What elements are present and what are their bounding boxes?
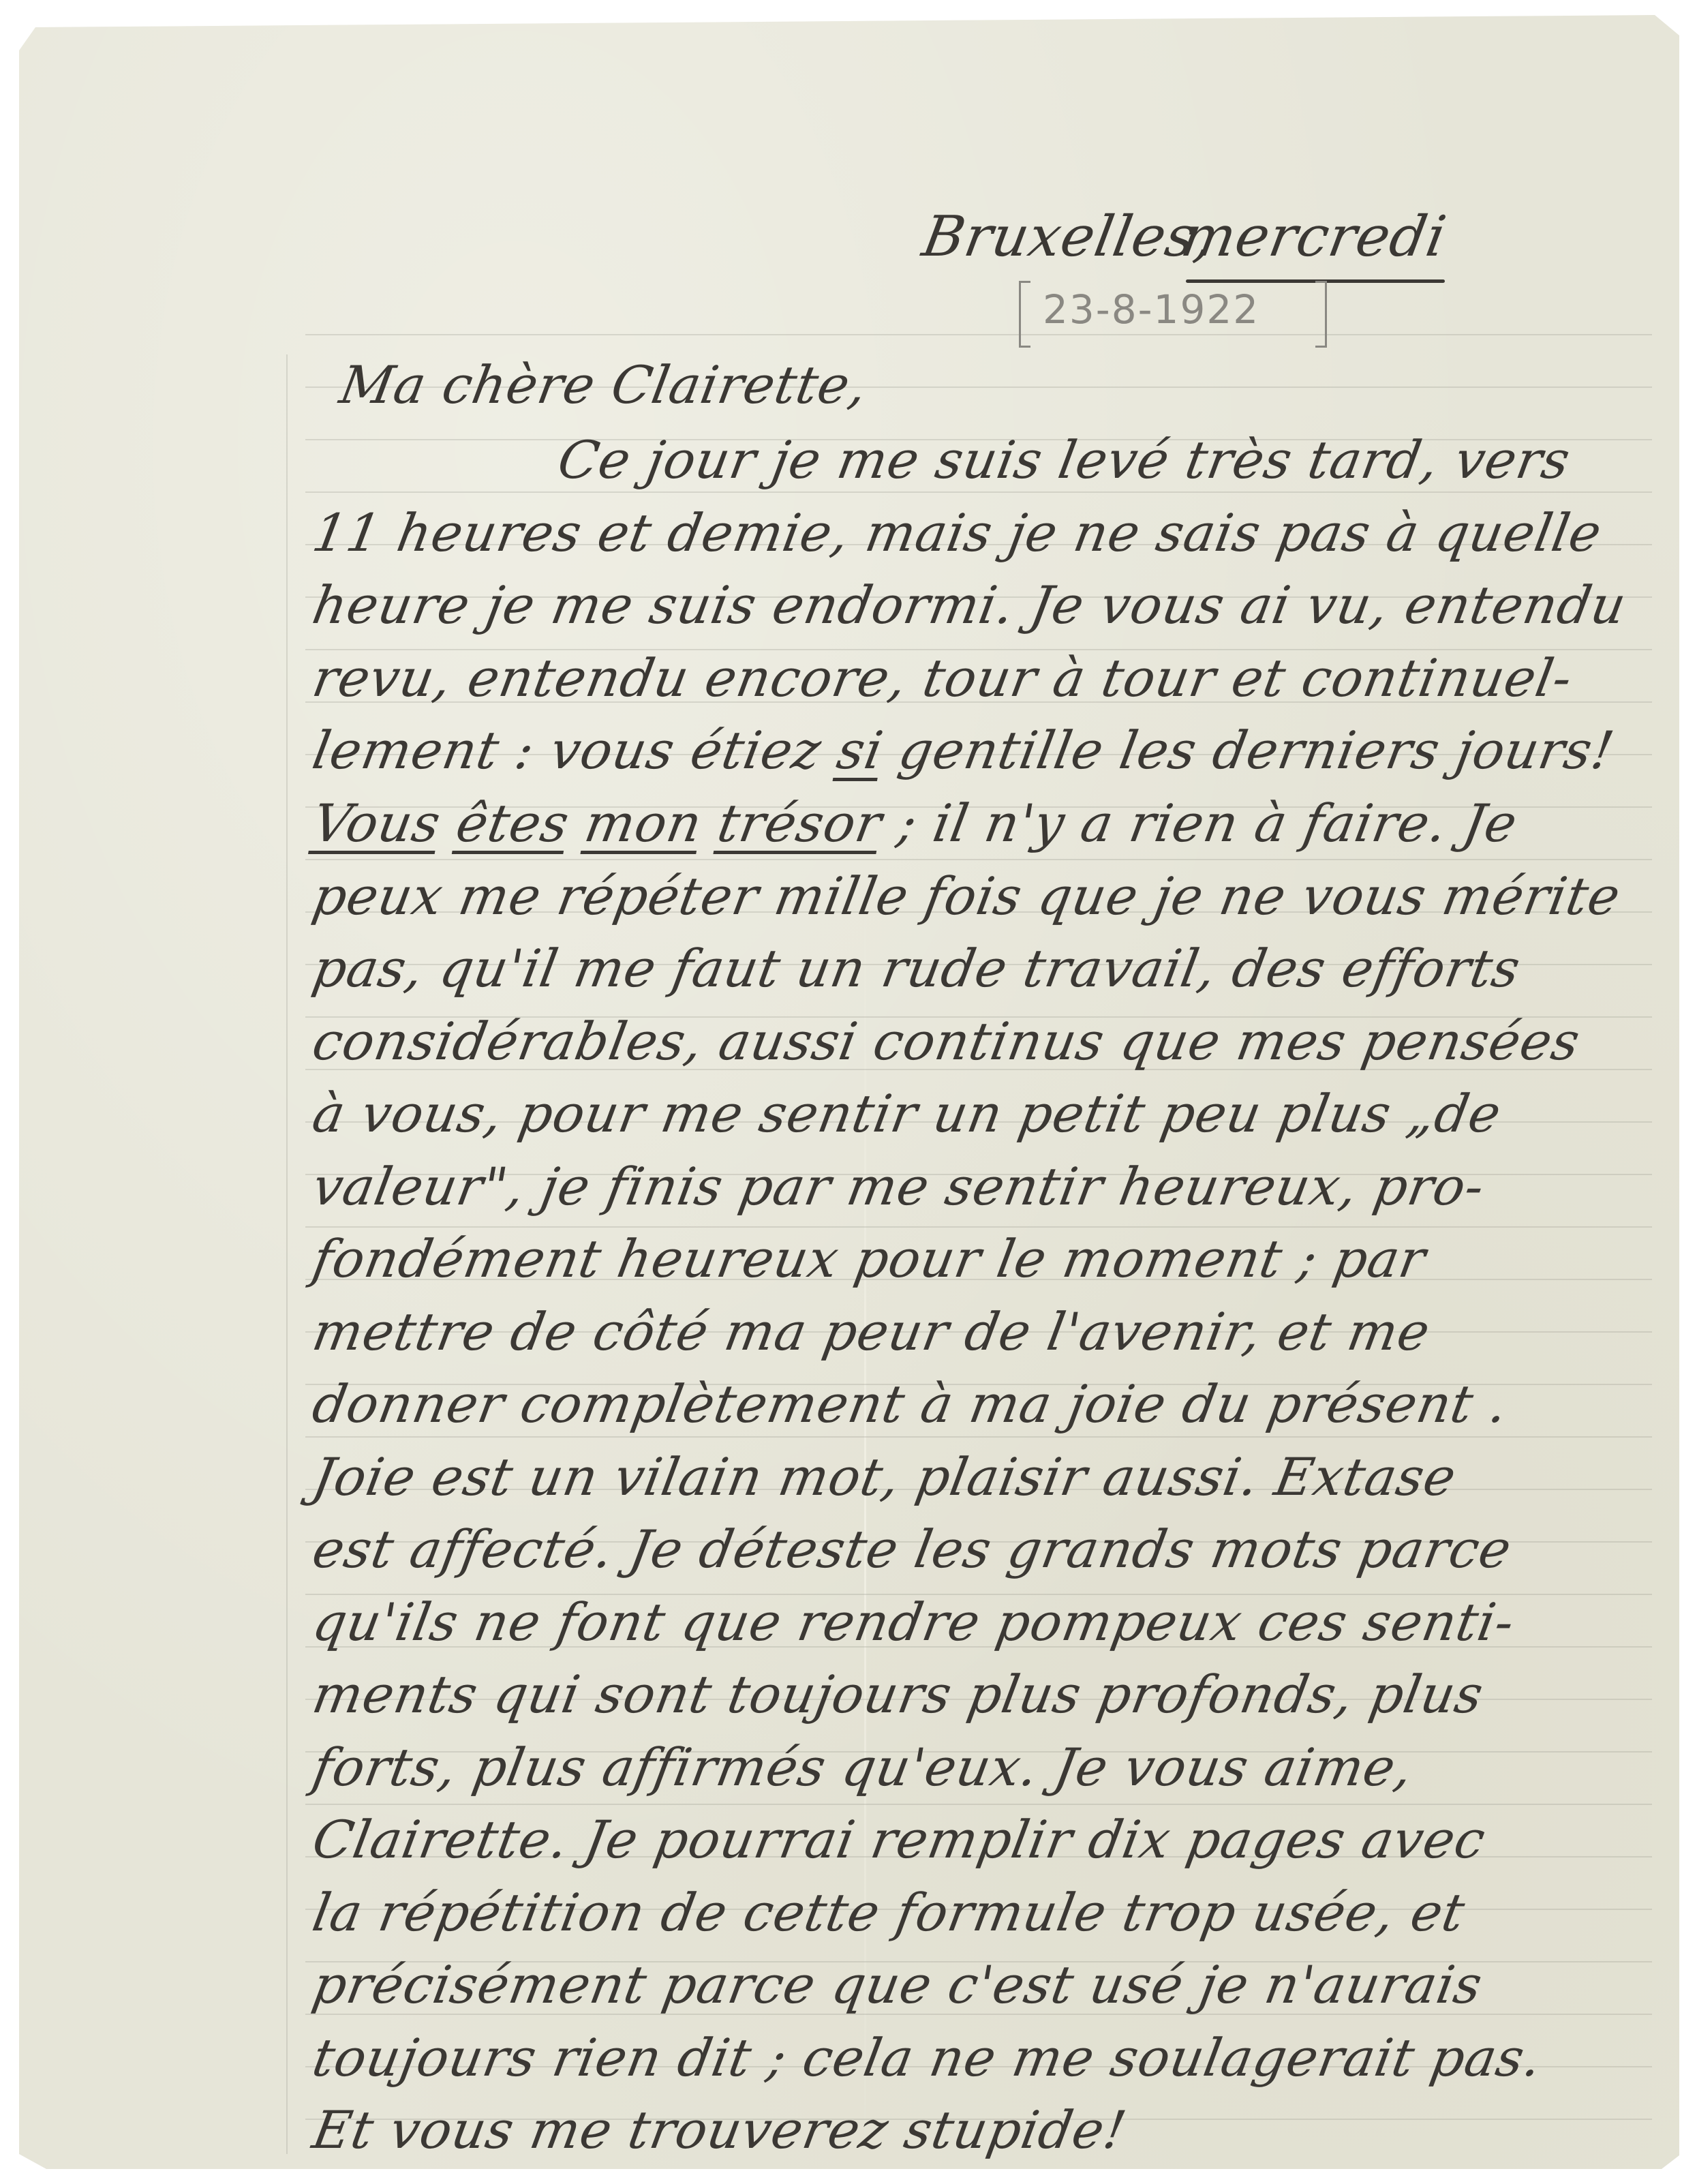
body-line: précisément parce que c'est usé je n'aur… [308,1954,1487,2015]
body-line: est affecté. Je déteste les grands mots … [308,1519,1516,1579]
underlined-word: mon [581,793,707,853]
body-line: 11 heures et demie, mais je ne sais pas … [308,502,1606,563]
date-bracket-right [1315,281,1327,348]
ruled-line [305,1436,1652,1438]
line-text: gentille les derniers jours! [877,720,1619,780]
ruled-line [305,1804,1652,1805]
line-text: lement : vous étiez [308,720,843,780]
body-line: Clairette. Je pourrai remplir dix pages … [308,1809,1490,1870]
body-line: pas, qu'il me faut un rude travail, des … [308,938,1525,999]
body-line: heure je me suis endormi. Je vous ai vu,… [308,575,1631,635]
body-line: mettre de côté ma peur de l'avenir, et m… [308,1301,1435,1362]
underlined-word: êtes [452,793,574,853]
body-line: Et vous me trouverez stupide! [308,2099,1131,2160]
body-line: fondément heureux pour le moment ; par [308,1228,1431,1289]
body-line: donner complètement à ma joie du présent… [308,1374,1512,1434]
line-text: ; il n'y a rien à faire. Je [876,793,1523,853]
underlined-word: trésor [714,793,887,853]
margin-rule [286,354,288,2154]
body-line: considérables, aussi continus que mes pe… [308,1011,1585,1072]
salutation: Ma chère Clairette, [335,354,872,415]
body-line: à vous, pour me sentir un petit peu plus… [308,1083,1505,1144]
body-line: toujours rien dit ; cela ne me soulagera… [308,2027,1546,2088]
ruled-line [305,491,1652,493]
body-line: Ce jour je me suis levé très tard, vers [553,429,1575,490]
body-line: ments qui sont toujours plus profonds, p… [308,1664,1488,1725]
body-line: forts, plus affirmés qu'eux. Je vous aim… [308,1737,1418,1798]
body-line: la répétition de cette formule trop usée… [308,1882,1469,1943]
letter-place: Bruxelles, [918,204,1220,269]
body-line: qu'ils ne font que rendre pompeux ces se… [308,1592,1519,1652]
body-line: revu, entendu encore, tour à tour et con… [308,648,1577,708]
body-line: lement : vous étiez si gentille les dern… [308,720,1619,780]
ruled-line [305,334,1652,335]
ruled-line [305,859,1652,860]
body-line: peux me répéter mille fois que je ne vou… [308,866,1625,926]
body-line: Joie est un vilain mot, plaisir aussi. E… [308,1446,1461,1507]
date-annotation: 23-8-1922 [1043,286,1259,333]
body-line: valeur", je finis par me sentir heureux,… [308,1156,1489,1217]
body-line: Vous êtes mon trésor ; il n'y a rien à f… [308,793,1522,853]
underlined-word: Vous [308,793,445,853]
letter-day: mercredi [1177,204,1452,269]
date-bracket-left [1019,281,1030,348]
ruled-line [305,1226,1652,1228]
